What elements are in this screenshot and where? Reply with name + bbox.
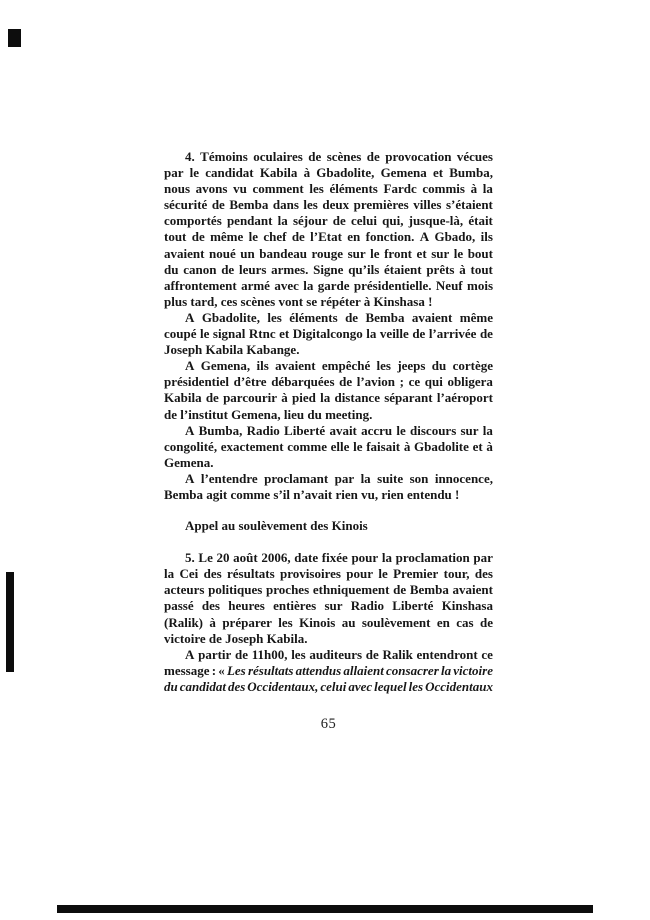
text-line: ducandidatdesOccidentaux,celuiaveclequel… <box>164 679 493 695</box>
page-number: 65 <box>164 716 493 733</box>
text-line: AGemena,ilsavaientempêchélesjeepsducortè… <box>164 358 493 374</box>
text-line: passédesheuresentièressurRadioLibertéKin… <box>164 598 493 614</box>
text-line: avaientnouéunbandeaurougesurlefrontetsur… <box>164 246 493 262</box>
text-line: congolité,exactementcommeellelefaisaitàG… <box>164 439 493 455</box>
text-line: 4.Témoinsoculairesdescènesdeprovocationv… <box>164 149 493 165</box>
text-line: Bemba agit comme s’il n’avait rien vu, r… <box>164 487 493 503</box>
text-line: Kabiladeparcouriràpiedladistanceséparant… <box>164 390 493 406</box>
scan-artifact-3 <box>57 905 593 913</box>
book-page: 4.Témoinsoculairesdescènesdeprovocationv… <box>0 0 650 920</box>
text-line: acteurspolitiquesprochesethniquementdeBe… <box>164 582 493 598</box>
text-line: parlecandidatKabilaàGbadolite,GemenaetBu… <box>164 165 493 181</box>
text-block: 4.Témoinsoculairesdescènesdeprovocationv… <box>164 149 493 695</box>
text-line: plus tard, ces scènes vont se répéter à … <box>164 294 493 310</box>
text-line: Gemena. <box>164 455 493 471</box>
text-line: sécuritédeBembadanslesdeuxpremièresville… <box>164 197 493 213</box>
text-line: de l’institut Gemena, lieu du meeting. <box>164 407 493 423</box>
text-line: coupélesignalRtncetDigitalcongolaveilled… <box>164 326 493 342</box>
text-line: comportéspendantlaséjourdeceluiqui,jusqu… <box>164 213 493 229</box>
text-line: ABumba,RadioLibertéavaitaccrulediscourss… <box>164 423 493 439</box>
text-line: victoire de Joseph Kabila. <box>164 631 493 647</box>
scan-artifact-2 <box>6 572 14 672</box>
text-line: message:«Lesrésultatsattendusallaientcon… <box>164 663 493 679</box>
text-line: nousavonsvucommentlesélémentsFardccommis… <box>164 181 493 197</box>
text-line: 5.Le20août2006,datefixéepourlaproclamati… <box>164 550 493 566</box>
text-line: ducanondeleursarmes.Signequ’ilsétaientpr… <box>164 262 493 278</box>
text-line: affrontementarméaveclagardeprésidentiell… <box>164 278 493 294</box>
text-line: Al’entendreproclamantparlasuitesoninnoce… <box>164 471 493 487</box>
section-heading: Appel au soulèvement des Kinois <box>164 518 493 534</box>
text-line: (Ralik)àpréparerlesKinoisausoulèvementen… <box>164 615 493 631</box>
text-line: laCeidesrésultatsprovisoirespourlePremie… <box>164 566 493 582</box>
text-line: AGbadolite,lesélémentsdeBembaavaientmême <box>164 310 493 326</box>
text-line: Joseph Kabila Kabange. <box>164 342 493 358</box>
text-line: toutdemêmelechefdel’Etatenfonction.AGbad… <box>164 229 493 245</box>
text-line: présidentield’êtredébarquéesdel’avion;ce… <box>164 374 493 390</box>
scan-artifact-1 <box>8 29 21 47</box>
text-line: Apartirde11h00,lesauditeursdeRalikentend… <box>164 647 493 663</box>
